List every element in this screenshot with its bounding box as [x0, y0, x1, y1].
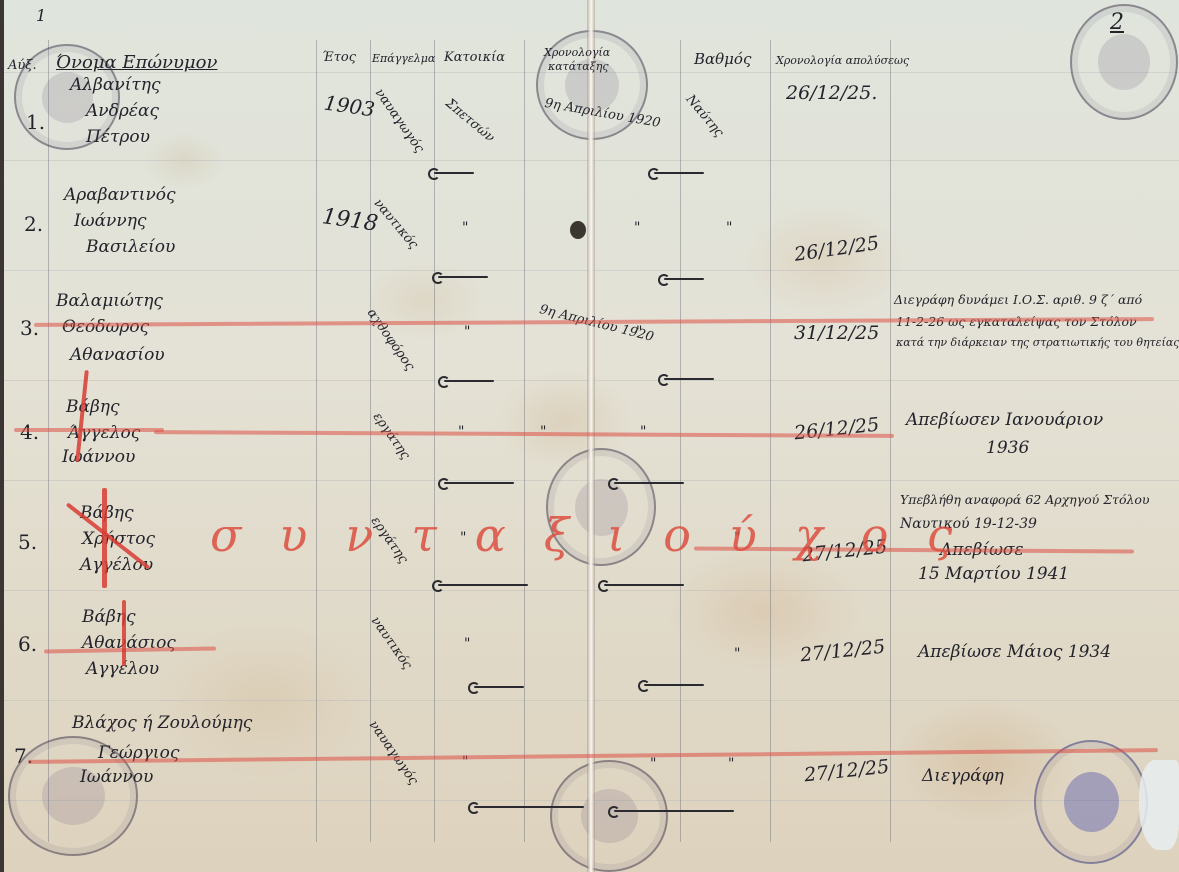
- surname: Αραβαντινός: [64, 182, 176, 208]
- profession: αχθοφόρος: [364, 306, 418, 374]
- ditto-dash: [654, 172, 704, 174]
- surname: Βαλαμιώτης: [56, 288, 163, 314]
- father-name: Ιωάννου: [62, 444, 135, 470]
- discharge-date: 27/12/25: [799, 636, 886, 667]
- discharge-date: 26/12/25: [793, 232, 881, 266]
- first-name: Θεόδωρος: [62, 314, 149, 340]
- note-line: Διεγράφη δυνάμει Ι.Ο.Σ. αριθ. 9 ζ΄ από: [894, 292, 1142, 307]
- birth-year: 1903: [323, 91, 377, 122]
- surname: Αλβανίτης: [70, 72, 160, 98]
- row-number: 7.: [14, 744, 33, 768]
- ditto-dash: [474, 806, 584, 808]
- profession: ναυτικός: [371, 196, 421, 252]
- column-rule: [680, 40, 681, 842]
- note-line: 1936: [986, 438, 1029, 458]
- profession: ναυαγωγός: [366, 718, 421, 788]
- ditto-dash: [614, 810, 734, 812]
- ditto-dash: [664, 378, 714, 380]
- punch-hole: [570, 221, 586, 239]
- column-rule: [434, 40, 435, 842]
- rank-ditto: ": [728, 756, 734, 772]
- ditto-dash: [604, 584, 684, 586]
- torn-corner: [1139, 760, 1179, 850]
- row-number: 2.: [24, 212, 43, 236]
- row-number: 5.: [18, 530, 37, 554]
- rank-ditto: ": [636, 324, 642, 340]
- surname: Βάβης: [66, 394, 120, 420]
- column-rule: [524, 40, 525, 842]
- note-line: Απεβίωσεν Ιανουάριον: [906, 410, 1103, 430]
- ditto-dash: [444, 482, 514, 484]
- header-residence: Κατοικία: [444, 50, 505, 65]
- discharge-date: 26/12/25.: [786, 82, 877, 104]
- red-cross-mark: [102, 488, 107, 588]
- father-name: Πέτρου: [86, 124, 150, 150]
- anchor-seal: [1034, 740, 1148, 864]
- row-number: 4.: [20, 420, 39, 444]
- first-name: Ιωάννης: [74, 208, 146, 234]
- rank: Ναύτης: [683, 92, 727, 140]
- header-enlistment-2: κατάταξης: [548, 60, 608, 73]
- header-rank: Βαθμός: [694, 50, 751, 68]
- discharge-date: 27/12/25: [803, 756, 890, 787]
- residence: Σπετσών: [442, 96, 497, 146]
- father-name: Αθανασίου: [70, 342, 165, 368]
- residence-ditto: ": [462, 220, 468, 236]
- row-number: 3.: [20, 316, 39, 340]
- ditto-dash: [438, 276, 488, 278]
- column-rule: [890, 40, 891, 842]
- ditto-dash: [474, 686, 524, 688]
- discharge-date: 26/12/25: [793, 414, 880, 445]
- note-line: 15 Μαρτίου 1941: [918, 564, 1069, 584]
- header-year: Έτος: [322, 50, 356, 65]
- strike-through: [14, 428, 164, 432]
- header-enlistment-1: Χρονολογία: [544, 46, 610, 59]
- official-seal: [1070, 4, 1178, 120]
- ditto-dash: [438, 584, 528, 586]
- rank-ditto: ": [726, 220, 732, 236]
- residence-ditto: ": [464, 636, 470, 652]
- row-number: 1.: [26, 110, 45, 134]
- enlistment-ditto: ": [634, 220, 640, 236]
- ditto-dash: [644, 684, 704, 686]
- surname: Βάβης: [82, 604, 136, 630]
- corner-mark: 1: [36, 6, 46, 25]
- note-line: κατά την διάρκειαν της στρατιωτικής του …: [896, 336, 1179, 349]
- red-cross-mark: [122, 600, 126, 666]
- discharge-date: 31/12/25: [794, 322, 879, 344]
- page-number: 2: [1110, 10, 1124, 35]
- father-name: Ιωάννου: [80, 764, 153, 790]
- first-name: Χρήστος: [82, 526, 155, 552]
- header-name: Όνομα Επώνυμον: [56, 52, 217, 73]
- ditto-dash: [664, 278, 704, 280]
- overwritten-status-word: συνταξιούχος: [210, 508, 990, 562]
- header-no: Αύξ.: [8, 58, 37, 73]
- enlistment-ditto: ": [650, 756, 656, 772]
- row-number: 6.: [18, 632, 37, 656]
- ditto-dash: [434, 172, 474, 174]
- surname: Βλάχος ή Ζουλούμης: [72, 710, 252, 736]
- header-discharge: Χρονολογία απολύσεως: [776, 54, 909, 67]
- note-line: Διεγράφη: [922, 766, 1004, 786]
- column-rule: [48, 40, 49, 842]
- ditto-dash: [444, 380, 494, 382]
- column-rule: [316, 40, 317, 842]
- header-profession: Επάγγελμα: [372, 52, 435, 65]
- ditto-dash: [614, 482, 684, 484]
- profession: εργάτης: [370, 410, 413, 462]
- note-line: Υπεβλήθη αναφορά 62 Αρχηγού Στόλου: [900, 492, 1150, 507]
- column-rule: [770, 40, 771, 842]
- rank-ditto: ": [734, 646, 740, 662]
- register-page: 1 2 Αύξ. Όνομα Επώνυμον Έτος Επάγγελμα Κ…: [4, 0, 1179, 872]
- first-name: Ανδρέας: [86, 98, 159, 124]
- residence-ditto: ": [464, 324, 470, 340]
- profession: ναυτικός: [368, 614, 415, 672]
- profession: ναυαγωγός: [372, 86, 427, 156]
- father-name: Βασιλείου: [86, 234, 175, 260]
- note-line: Απεβίωσε Μάιος 1934: [918, 642, 1111, 662]
